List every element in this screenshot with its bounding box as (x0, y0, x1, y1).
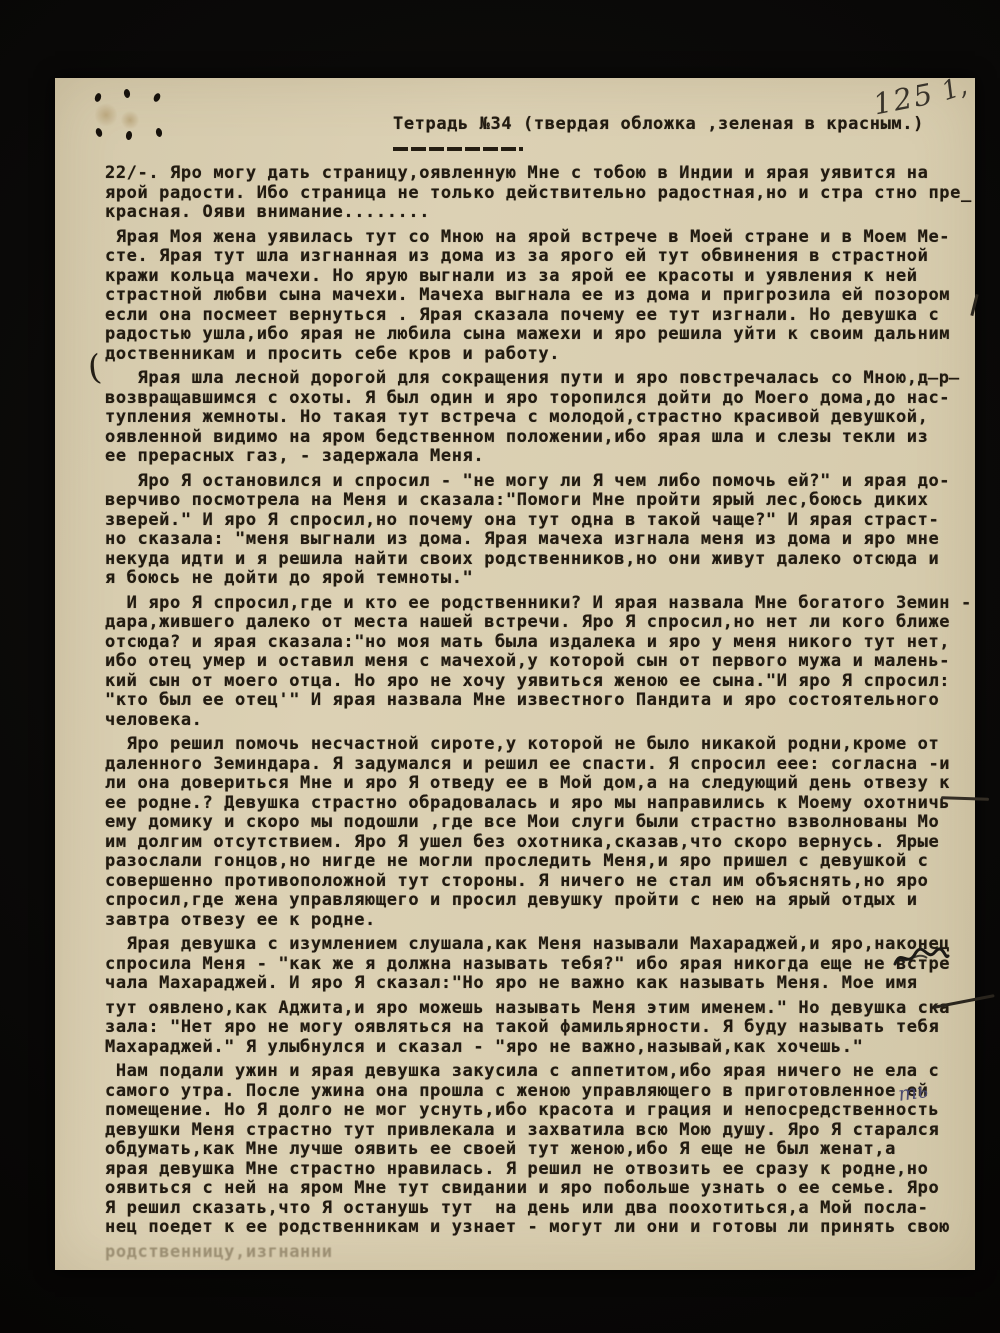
handwritten-correction: ть (896, 1078, 929, 1106)
typed-paragraph-4: Яро Я остановился и спросил - "не могу л… (105, 472, 1000, 589)
typed-paragraph-2: Ярая Моя жена уявилась тут со Мною на яр… (105, 228, 1000, 365)
punch-dot (155, 127, 163, 137)
typed-text: 22/-. Яро могу дать страницу,оявленную М… (105, 164, 1000, 1267)
punch-dot (125, 131, 132, 141)
typed-paragraph-8: Нам подали ужин и ярая девушка закусила … (105, 1062, 1000, 1238)
typed-paragraph-5: И яро Я спросил,где и кто ее родственник… (105, 594, 1000, 731)
document-page: 125 1, Тетрадь №34 (твердая обложка ,зел… (55, 78, 975, 1270)
punch-dot (95, 127, 104, 138)
handwritten-corner-mark: 1, (938, 71, 971, 107)
typed-paragraph-1: 22/-. Яро могу дать страницу,оявленную М… (105, 164, 1000, 223)
typed-paragraph-faint: родственницу,изгнанни (105, 1243, 1000, 1263)
photo-background: 125 1, Тетрадь №34 (твердая обложка ,зел… (0, 0, 1000, 1333)
title-underline (393, 147, 523, 151)
punch-dot (94, 92, 102, 102)
pen-mark-paren: ( (86, 347, 103, 388)
typed-paragraph-7: Ярая девушка с изумлением слушала,как Ме… (105, 935, 1000, 994)
punch-dot (123, 89, 130, 99)
notebook-title: Тетрадь №34 (твердая обложка ,зеленая в … (393, 114, 924, 134)
paper-stain (95, 102, 117, 128)
punch-dot (152, 92, 161, 103)
typed-paragraph-6: Яро решил помочь несчастной сироте,у кот… (105, 735, 1000, 930)
ink-scribble-icon (891, 944, 951, 974)
typed-paragraph-3: Ярая шла лесной дорогой для сокращения п… (105, 369, 1000, 467)
paper-stain (121, 110, 139, 130)
typed-paragraph-7b: тут оявлено,как Аджита,и яро можешь назы… (105, 999, 1000, 1058)
